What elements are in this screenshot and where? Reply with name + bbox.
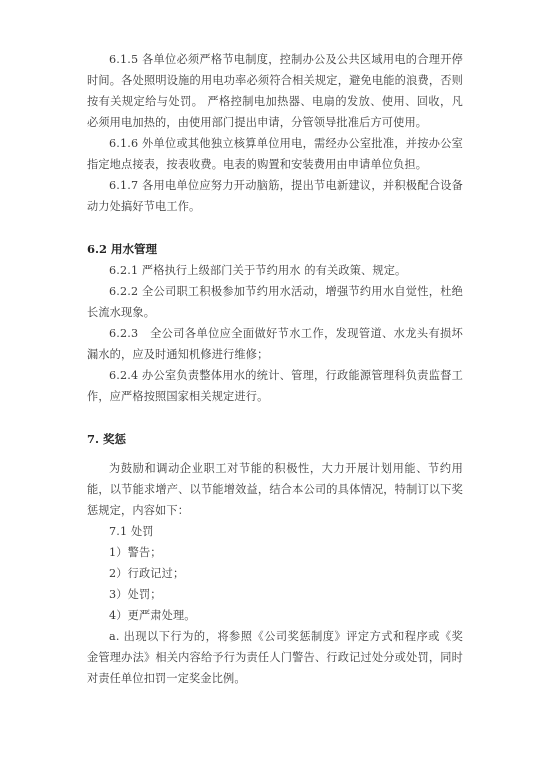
heading-6-2: 6.2 用水管理	[87, 239, 463, 260]
paragraph-6-2-3: 6.2.3 全公司各单位应全面做好节水工作，发现管道、水龙头有损坏漏水的，应及时…	[87, 323, 463, 365]
spacer	[87, 217, 463, 239]
list-item-3: 3）处罚；	[87, 584, 463, 605]
heading-7: 7. 奖惩	[87, 429, 463, 450]
paragraph-6-1-7: 6.1.7 各用电单位应努力开动脑筋，提出节电新建议，并积极配合设备动力处搞好节…	[87, 175, 463, 217]
paragraph-7-a: a. 出现以下行为的，将参照《公司奖惩制度》评定方式和程序或《奖金管理办法》相关…	[87, 626, 463, 689]
list-item-4: 4）更严肃处理。	[87, 605, 463, 626]
paragraph-6-2-4: 6.2.4 办公室负责整体用水的统计、管理，行政能源管理科负责监督工作，应严格按…	[87, 365, 463, 407]
list-item-2: 2）行政记过；	[87, 563, 463, 584]
paragraph-6-2-1: 6.2.1 严格执行上级部门关于节约用水 的有关政策、规定。	[87, 260, 463, 281]
list-item-1: 1）警告；	[87, 542, 463, 563]
paragraph-6-2-2: 6.2.2 全公司职工积极参加节约用水活动，增强节约用水自觉性，杜绝长流水现象。	[87, 281, 463, 323]
paragraph-6-1-5: 6.1.5 各单位必须严格节电制度，控制办公及公共区域用电的合理开停时间。各处照…	[87, 49, 463, 133]
document-content: 6.1.5 各单位必须严格节电制度，控制办公及公共区域用电的合理开停时间。各处照…	[87, 49, 463, 689]
spacer	[87, 450, 463, 458]
paragraph-6-1-6: 6.1.6 外单位或其他独立核算单位用电，需经办公室批准，并按办公室指定地点接表…	[87, 133, 463, 175]
document-page: 6.1.5 各单位必须严格节电制度，控制办公及公共区域用电的合理开停时间。各处照…	[0, 0, 548, 775]
subheading-7-1: 7.1 处罚	[87, 521, 463, 542]
spacer	[87, 407, 463, 429]
paragraph-7-intro: 为鼓励和调动企业职工对节能的积极性，大力开展计划用能、节约用能，以节能求增产、以…	[87, 458, 463, 521]
